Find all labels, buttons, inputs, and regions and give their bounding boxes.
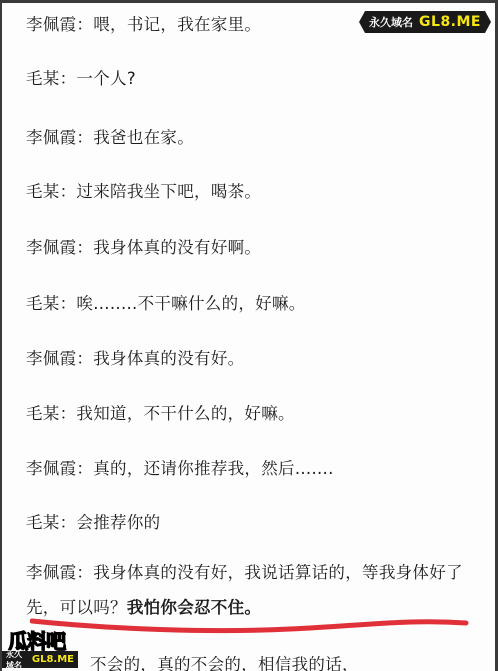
dialogue-line: 李佩霞：真的，还请你推荐我，然后.......: [26, 455, 334, 479]
dialogue-line-partial: 不会的，真的不会的，相信我的话，: [90, 651, 359, 671]
dialogue-line: 李佩霞：我身体真的没有好啊。: [26, 234, 261, 258]
dialogue-line: 毛某：一个人?: [26, 65, 136, 89]
dialogue-line: 毛某：我知道，不干什么的，好嘛。: [26, 400, 295, 424]
watermark-logo: 瓜料吧 永久域名 GL8.ME: [2, 625, 78, 671]
document-page: 永久域名 GL8.ME 李佩霞：喂，书记，我在家里。 毛某：一个人? 李佩霞：我…: [2, 3, 495, 671]
dialogue-line: 毛某：过来陪我坐下吧，喝茶。: [26, 178, 261, 202]
dialogue-line: 毛某：会推荐你的: [26, 509, 160, 533]
dialogue-line: 毛某：唉........不干嘛什么的，好嘛。: [26, 290, 306, 314]
watermark-badge: 永久域名 GL8.ME: [359, 11, 491, 33]
watermark-domain: GL8.ME: [419, 14, 481, 30]
dialogue-line: 李佩霞：我爸也在家。: [26, 124, 194, 148]
watermark-label: 永久域名: [369, 14, 413, 30]
dialogue-line: 李佩霞：我身体真的没有好。: [26, 345, 244, 369]
dialogue-line: 李佩霞：喂，书记，我在家里。: [26, 11, 261, 35]
watermark-tag: 永久域名 GL8.ME: [2, 651, 78, 668]
red-underline-annotation: [30, 615, 470, 637]
